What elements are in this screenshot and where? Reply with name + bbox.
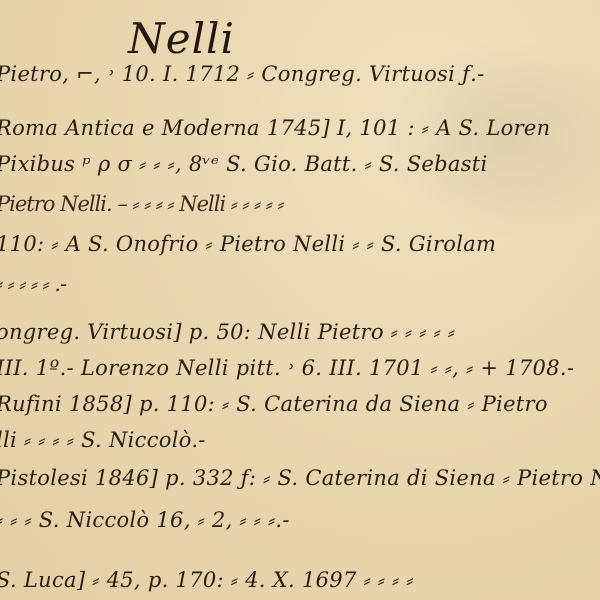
manuscript-line: Pistolesi 1846] p. 332 ƒ: ⸗ S. Caterina … bbox=[0, 466, 600, 491]
manuscript-line: ongreg. Virtuosi] p. 50: Nelli Pietro ⸗ … bbox=[0, 320, 455, 345]
manuscript-page: Nelli Pietro, ⌐, ˒ 10. I. 1712 ⸗ Congreg… bbox=[0, 0, 600, 600]
manuscript-line: Pixibus ᵖ ρ σ ⸗ ⸗ ⸗, 8ᵛᵉ S. Gio. Batt. ⸗… bbox=[0, 152, 488, 177]
manuscript-line: ⸗ ⸗ ⸗ ⸗ ⸗ .- bbox=[0, 272, 66, 297]
manuscript-line: Pietro Nelli. – ⸗ ⸗ ⸗ ⸗ Nelli ⸗ ⸗ ⸗ ⸗ ⸗ bbox=[0, 192, 284, 217]
manuscript-line: ⸗ ⸗ ⸗ S. Niccolò 16, ⸗ 2, ⸗ ⸗ ⸗.- bbox=[0, 508, 290, 533]
page-title: Nelli bbox=[128, 14, 235, 63]
manuscript-line: S. Luca] ⸗ 45, p. 170: ⸗ 4. X. 1697 ⸗ ⸗ … bbox=[0, 568, 414, 593]
manuscript-line: Rufini 1858] p. 110: ⸗ S. Caterina da Si… bbox=[0, 392, 548, 417]
manuscript-line: 110: ⸗ A S. Onofrio ⸗ Pietro Nelli ⸗ ⸗ S… bbox=[0, 232, 496, 257]
manuscript-line: lli ⸗ ⸗ ⸗ ⸗ S. Niccolò.- bbox=[0, 428, 206, 453]
manuscript-line: III. 1º.- Lorenzo Nelli pitt. ˒ 6. III. … bbox=[0, 356, 574, 381]
manuscript-line: Roma Antica e Moderna 1745] I, 101 : ⸗ A… bbox=[0, 116, 551, 141]
manuscript-line: Pietro, ⌐, ˒ 10. I. 1712 ⸗ Congreg. Virt… bbox=[0, 62, 485, 87]
